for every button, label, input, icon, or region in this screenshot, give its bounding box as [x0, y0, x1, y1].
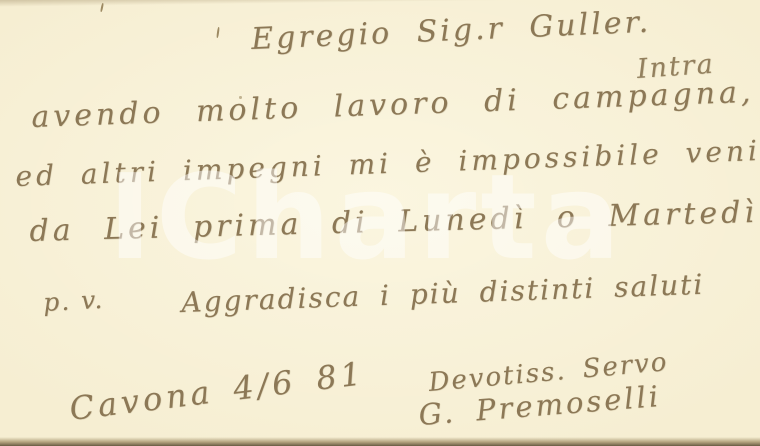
letter-body-line-2: ed altri impegni mi è impossibile venire	[15, 133, 760, 193]
paper-bottom-edge-shadow	[0, 437, 760, 446]
letter-scan: Egregio Sig.r Guller. Intra avendo molto…	[0, 0, 760, 446]
letter-closing-line: Aggradisca i più distinti saluti	[181, 268, 705, 319]
ink-speck	[100, 3, 104, 12]
letter-body-line-1: avendo molto lavoro di campagna,	[31, 75, 755, 135]
ink-speck	[216, 27, 220, 38]
letter-body-line-4: p. v.	[42, 285, 104, 317]
letter-body-line-3: da Lei prima di Lunedì o Martedì	[29, 195, 758, 249]
letter-salutation: Egregio Sig.r Guller.	[250, 5, 651, 57]
letter-dateline: Cavona 4/6 81	[67, 354, 367, 428]
ink-speck	[239, 96, 242, 99]
